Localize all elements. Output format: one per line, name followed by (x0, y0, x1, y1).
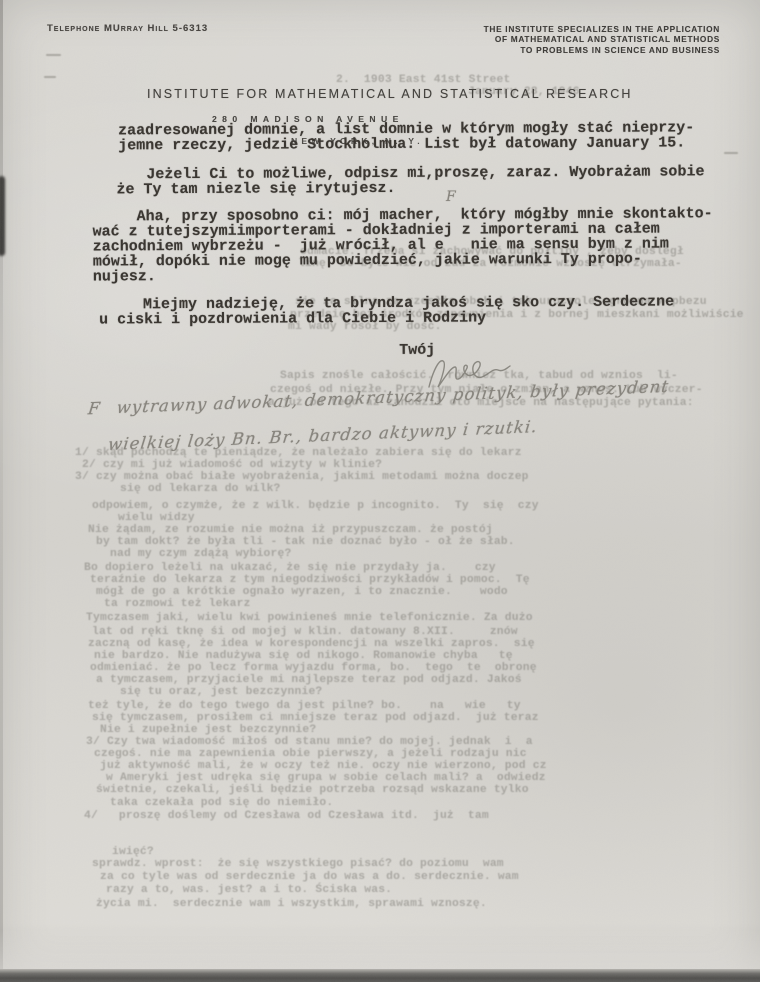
scan-bottom-highlight (0, 930, 760, 970)
typed-overlap-word: Stockholmua. (307, 136, 415, 154)
typed-line: nujesz. (93, 269, 156, 284)
typed-line-with-overlap: jemne rzeczy, jedzie Stockholmua. List b… (118, 135, 685, 153)
typed-line: mówił, dopóki nie mogę mu powiedzieć, ja… (93, 252, 642, 270)
handwritten-footnote-mark-inline: F (446, 189, 457, 205)
typed-line: że Ty tam niezle się irytujesz. (116, 181, 395, 197)
typed-line: u ciski i pozdrowienia dla Ciebie i Rodz… (99, 310, 486, 327)
scanned-letter-page: 2. 1903 East 41st StreetJanuary 28, 1946… (0, 0, 760, 982)
handwritten-footnote-mark: F (87, 399, 102, 419)
typed-line-segment: List był datowany January 15. (415, 134, 685, 152)
typed-body: zaadresowanej domnie, a list domnie w kt… (0, 0, 760, 982)
scan-mark-dash (46, 54, 61, 56)
scan-mark-dash (44, 76, 56, 78)
typed-line-segment: jemne rzeczy, jedzie (118, 136, 307, 154)
typed-line: Jeżeli Ci to możliwe, odpisz mi,proszę, … (146, 164, 704, 182)
scan-mark-dash (724, 152, 738, 154)
scan-bottom-band (0, 969, 760, 982)
scan-edge-left (0, 0, 3, 982)
